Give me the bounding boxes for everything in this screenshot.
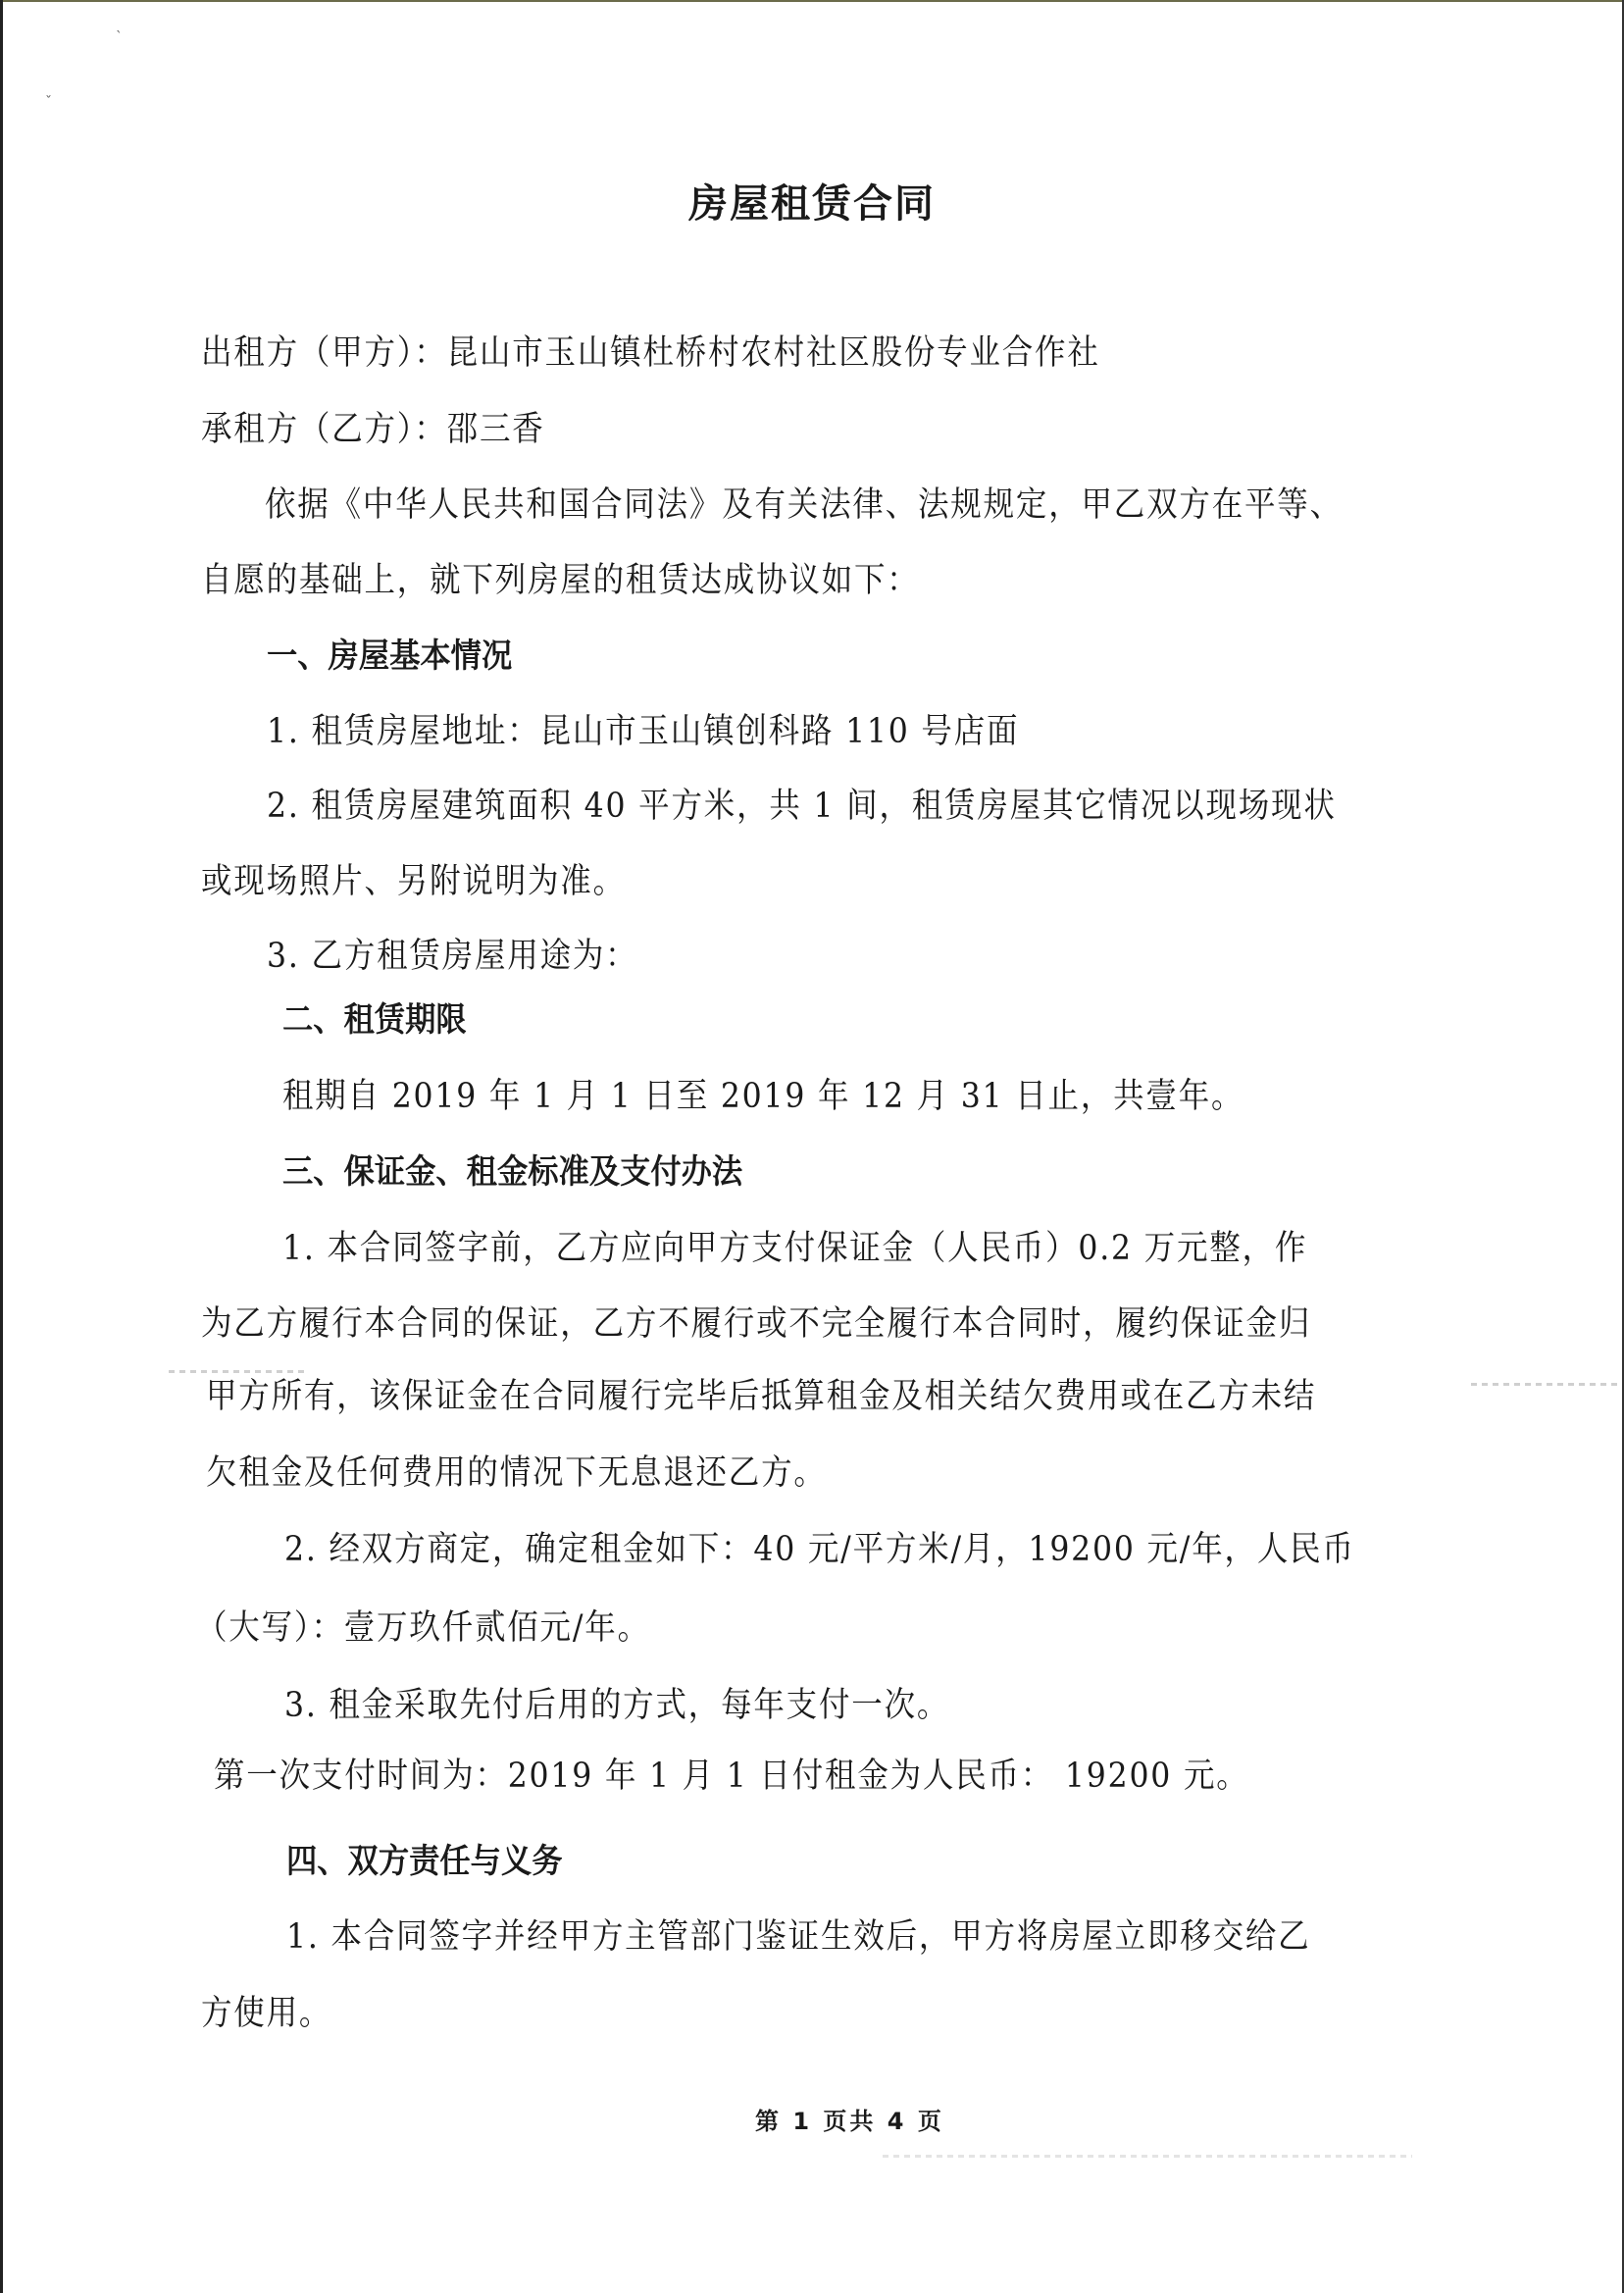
section-2-line: 租期自 2019 年 1 月 1 日至 2019 年 12 月 31 日止，共壹… xyxy=(282,1077,1243,1116)
scan-speck: ˇ xyxy=(45,94,52,110)
section-1-line: 1. 租赁房屋地址：昆山市玉山镇创科路 110 号店面 xyxy=(267,712,1019,751)
section-1-heading: 一、房屋基本情况 xyxy=(267,637,512,676)
lessor-line: 出租方（甲方）：昆山市玉山镇杜桥村农村社区股份专业合作社 xyxy=(201,333,1100,373)
section-4-line: 1. 本合同签字并经甲方主管部门鉴证生效后，甲方将房屋立即移交给乙 xyxy=(286,1917,1310,1957)
section-3-line: 第一次支付时间为：2019 年 1 月 1 日付租金为人民币： 19200 元。 xyxy=(214,1757,1249,1796)
section-3-line: 为乙方履行本合同的保证，乙方不履行或不完全履行本合同时，履约保证金归 xyxy=(201,1304,1311,1344)
section-2-heading: 二、租赁期限 xyxy=(282,1000,467,1040)
scan-speck: ˋ xyxy=(116,29,123,45)
scan-artifact xyxy=(883,2155,1412,2158)
section-1-line: 或现场照片、另附说明为准。 xyxy=(201,862,626,901)
section-4-heading: 四、双方责任与义务 xyxy=(286,1842,563,1881)
section-3-line: 3. 租金采取先付后用的方式，每年支付一次。 xyxy=(284,1686,949,1725)
preamble-line-2: 自愿的基础上，就下列房屋的租赁达成协议如下： xyxy=(201,561,920,600)
section-4-line: 方使用。 xyxy=(201,1994,331,2033)
section-3-line: 欠租金及任何费用的情况下无息退还乙方。 xyxy=(206,1453,827,1493)
page-number: 第 1 页共 4 页 xyxy=(755,2102,944,2136)
section-3-heading: 三、保证金、租金标准及支付办法 xyxy=(282,1152,742,1192)
scan-artifact xyxy=(1471,1383,1618,1386)
section-3-line: 甲方所有，该保证金在合同履行完毕后抵算租金及相关结欠费用或在乙方未结 xyxy=(206,1377,1316,1416)
section-3-line: 1. 本合同签字前，乙方应向甲方支付保证金（人民币）0.2 万元整，作 xyxy=(282,1229,1307,1268)
document-title: 房屋租赁合同 xyxy=(0,179,1624,229)
section-3-line: （大写）：壹万玖仟贰佰元/年。 xyxy=(196,1608,650,1648)
scan-edge-top xyxy=(0,0,1624,2)
section-1-line: 3. 乙方租赁房屋用途为： xyxy=(267,937,637,976)
section-3-line: 2. 经双方商定，确定租金如下：40 元/平方米/月，19200 元/年，人民币 xyxy=(284,1530,1355,1569)
scan-edge-left xyxy=(0,0,3,2293)
preamble-line-1: 依据《中华人民共和国合同法》及有关法律、法规规定，甲乙双方在平等、 xyxy=(265,485,1343,525)
section-1-line: 2. 租赁房屋建筑面积 40 平方米，共 1 间，租赁房屋其它情况以现场现状 xyxy=(267,787,1337,826)
lessee-line: 承租方（乙方）：邵三香 xyxy=(201,410,545,449)
scan-artifact xyxy=(169,1370,306,1373)
